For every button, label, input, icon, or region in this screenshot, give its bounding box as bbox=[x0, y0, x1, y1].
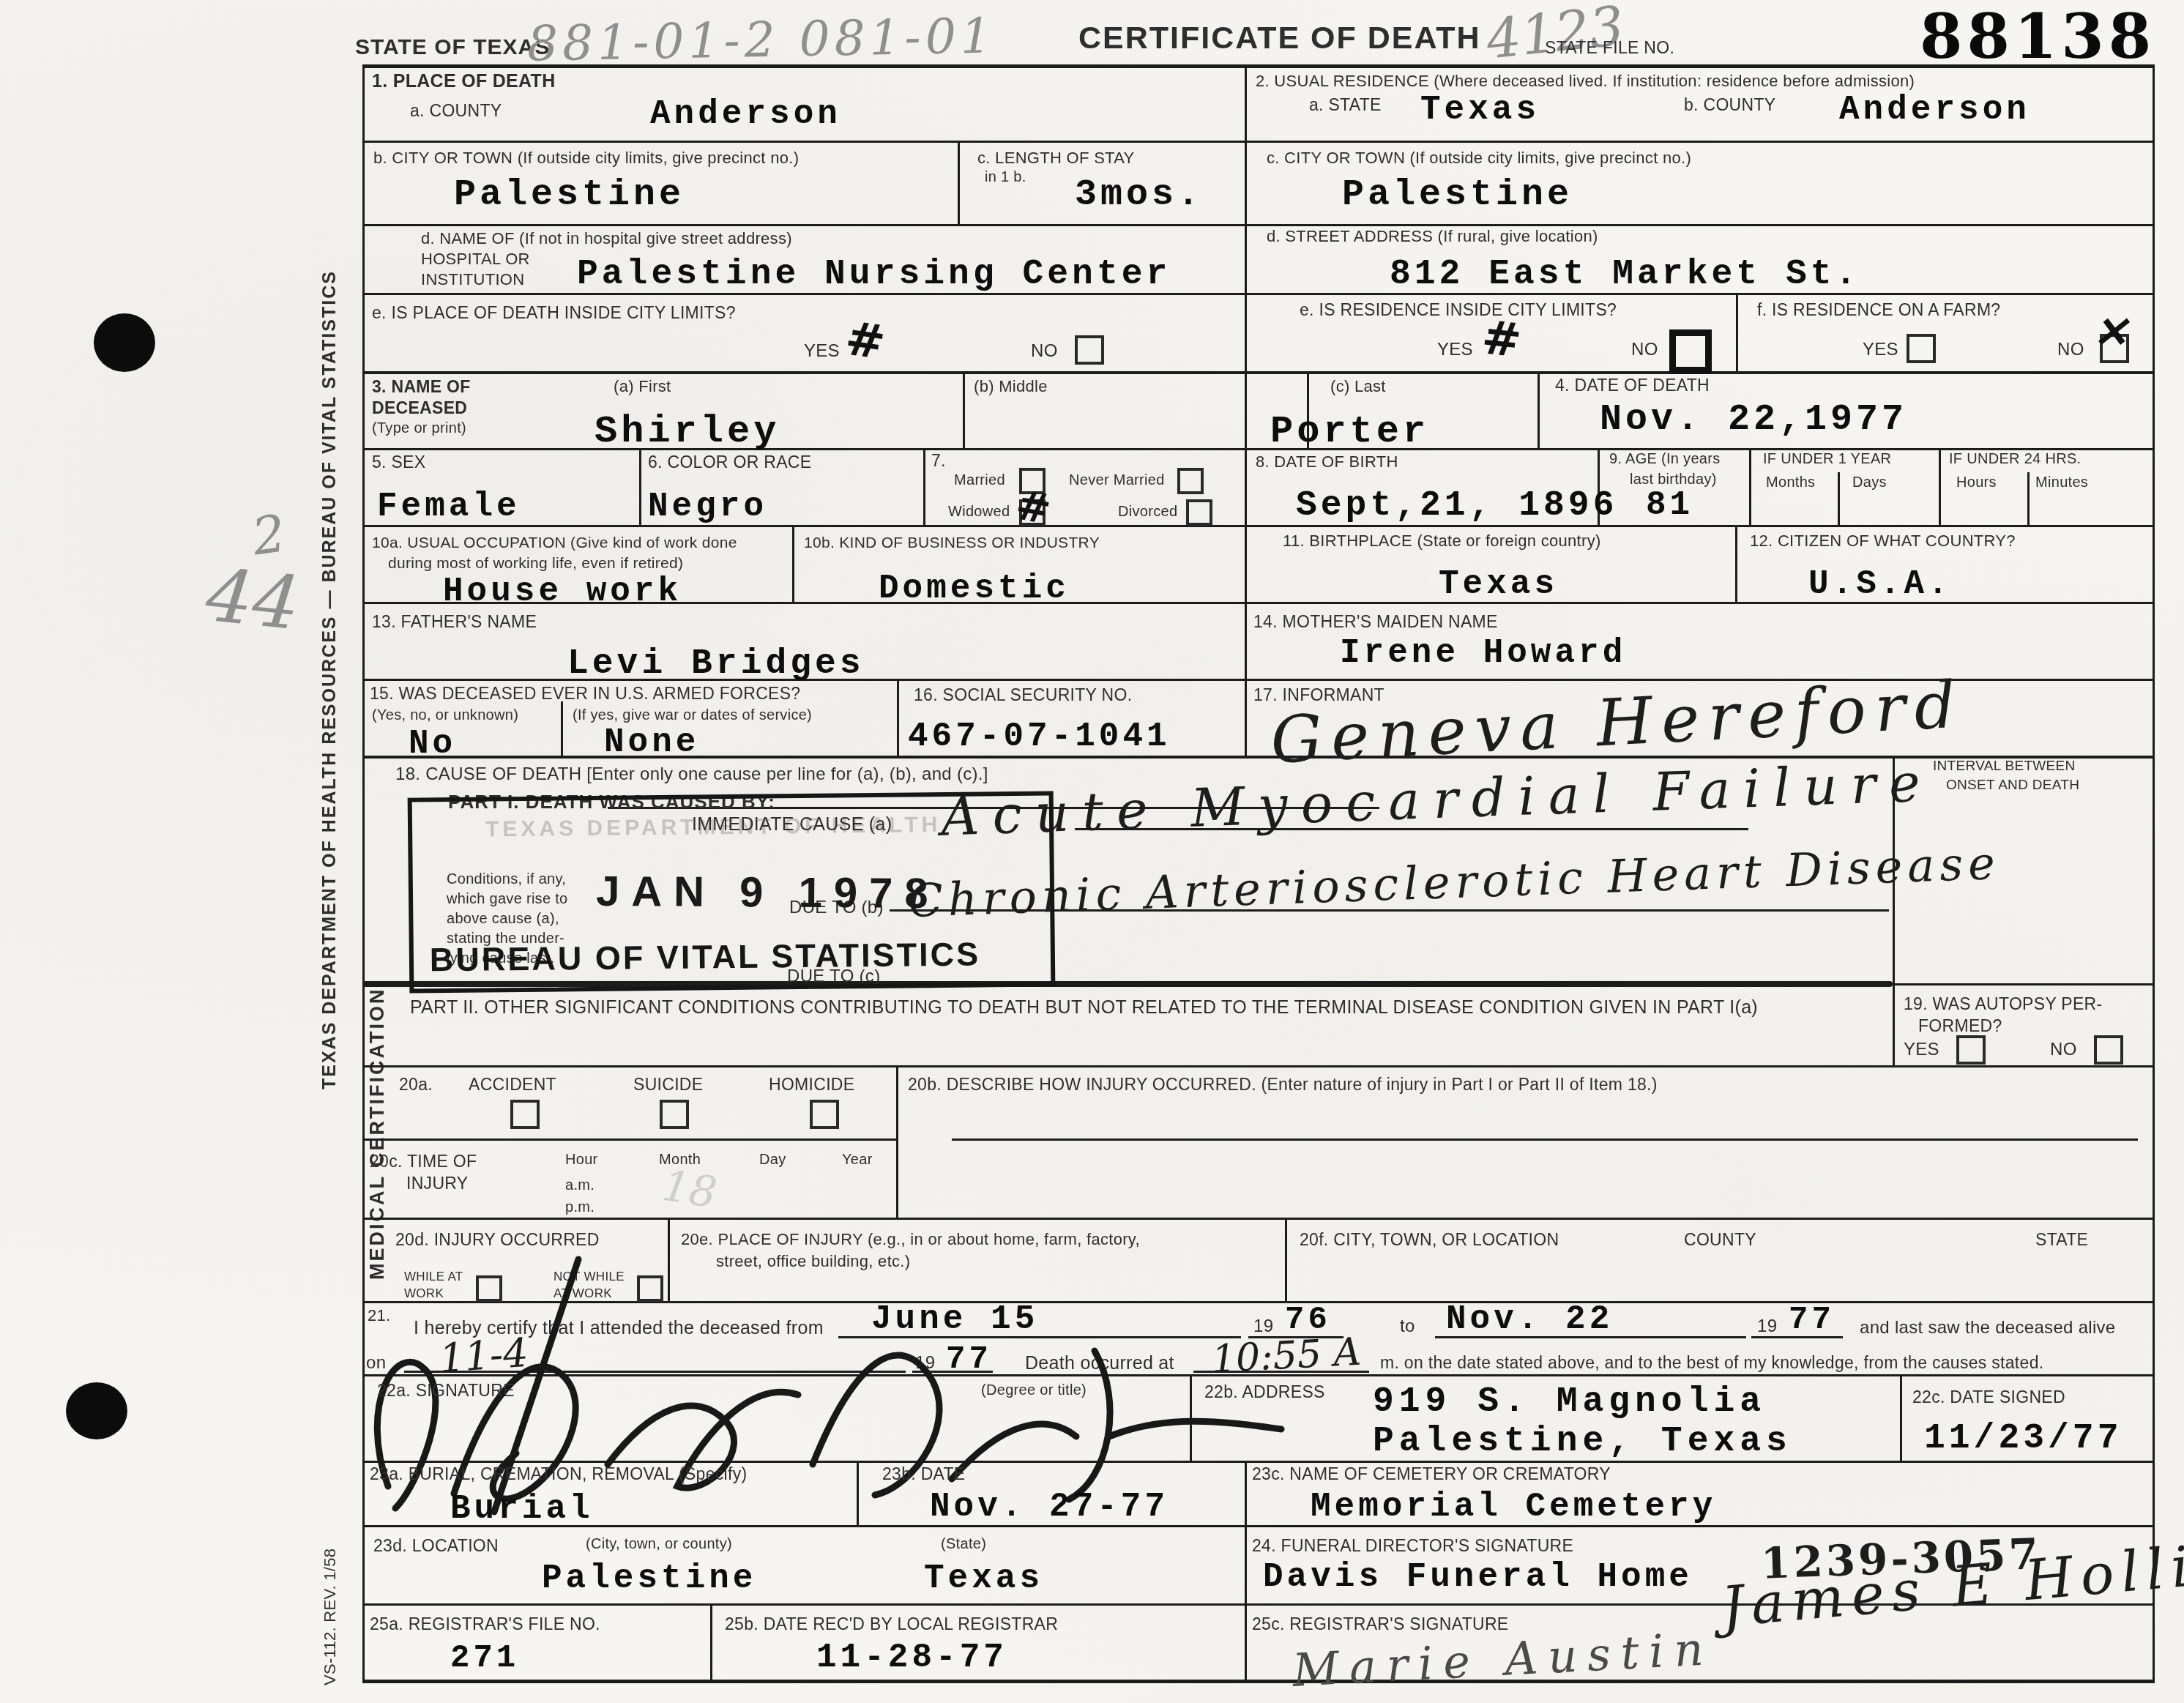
divider-line bbox=[792, 525, 794, 602]
year-19-prefix-b: 19 bbox=[1757, 1316, 1777, 1337]
time-of-injury-label-1: 20c. TIME OF bbox=[370, 1152, 477, 1171]
farm-no-mark: ✕ bbox=[2092, 308, 2128, 357]
city-of-death-label: b. CITY OR TOWN (If outside city limits,… bbox=[373, 149, 799, 168]
armed-forces-value: No bbox=[409, 725, 456, 763]
citizen-label: 12. CITIZEN OF WHAT COUNTRY? bbox=[1750, 532, 2016, 551]
armed-forces-service-value: None bbox=[604, 723, 699, 761]
hours-label: Hours bbox=[1956, 474, 1997, 491]
divider-line bbox=[362, 1680, 2155, 1683]
interval-label-1: INTERVAL BETWEEN bbox=[1933, 759, 2075, 775]
name-of-deceased-label-1: 3. NAME OF bbox=[372, 377, 471, 397]
divider-line bbox=[362, 64, 2155, 68]
race-value: Negro bbox=[648, 488, 767, 526]
street-address-value: 812 East Market St. bbox=[1390, 255, 1860, 294]
homicide-label: HOMICIDE bbox=[769, 1075, 854, 1095]
death-limits-yes-mark: # bbox=[842, 311, 889, 371]
burial-date-value: Nov. 27-77 bbox=[930, 1488, 1169, 1526]
days-label: Days bbox=[1852, 474, 1887, 491]
penciled-file-numbers: 881-01-2 081-01 bbox=[526, 7, 996, 72]
date-of-birth-label: 8. DATE OF BIRTH bbox=[1256, 452, 1398, 472]
last-name-value: Porter bbox=[1270, 410, 1429, 453]
divider-line bbox=[1736, 293, 1738, 371]
divider-line bbox=[362, 525, 2155, 527]
stamp-faint-line: TEXAS DEPARTMENT OF HEALTH bbox=[485, 813, 942, 843]
pm-label: p.m. bbox=[565, 1199, 595, 1216]
autopsy-no-label: NO bbox=[2050, 1040, 2077, 1060]
date-of-death-label: 4. DATE OF DEATH bbox=[1555, 376, 1710, 395]
residence-limits-yes-mark: # bbox=[1479, 310, 1524, 368]
homicide-checkbox bbox=[810, 1100, 839, 1129]
place-of-death-title: 1. PLACE OF DEATH bbox=[372, 71, 556, 92]
cause-b-handwriting: Chronic Arteriosclerotic Heart Disease bbox=[907, 836, 2001, 928]
punch-hole-top bbox=[94, 313, 155, 372]
cemetery-value: Memorial Cemetery bbox=[1311, 1488, 1716, 1526]
certificate-title: CERTIFICATE OF DEATH bbox=[1078, 21, 1481, 56]
divider-line bbox=[897, 681, 899, 756]
margin-form-number: VS-112. REV. 1/58 bbox=[321, 1549, 340, 1685]
registrar-file-no-label: 25a. REGISTRAR'S FILE NO. bbox=[370, 1614, 600, 1634]
registrar-signature-label: 25c. REGISTRAR'S SIGNATURE bbox=[1252, 1614, 1508, 1634]
divider-line bbox=[362, 371, 2155, 374]
widowed-label: Widowed bbox=[948, 504, 1010, 521]
attended-to-value: Nov. 22 bbox=[1446, 1300, 1613, 1338]
accident-checkbox bbox=[510, 1100, 540, 1129]
armed-forces-sublabel-2: (If yes, give war or dates of service) bbox=[573, 707, 812, 724]
form-right-border bbox=[2153, 64, 2155, 1683]
farm-yes-checkbox bbox=[1907, 334, 1936, 363]
farm-no-label: NO bbox=[2057, 340, 2084, 360]
interval-label-2: ONSET AND DEATH bbox=[1946, 778, 2079, 794]
address-label: 22b. ADDRESS bbox=[1204, 1382, 1325, 1402]
suicide-label: SUICIDE bbox=[633, 1075, 703, 1095]
divorced-label: Divorced bbox=[1118, 504, 1177, 521]
state-file-no-label: STATE FILE NO. bbox=[1545, 38, 1674, 58]
attended-to-year: 77 bbox=[1789, 1302, 1835, 1338]
father-name-label: 13. FATHER'S NAME bbox=[372, 612, 537, 632]
length-of-stay-value: 3mos. bbox=[1075, 174, 1203, 216]
if-under-1-year-label: IF UNDER 1 YEAR bbox=[1763, 451, 1891, 468]
institution-label-1: d. NAME OF (If not in hospital give stre… bbox=[421, 229, 792, 248]
death-certificate-scan: TEXAS DEPARTMENT OF HEALTH RESOURCES — B… bbox=[0, 0, 2184, 1703]
autopsy-yes-checkbox bbox=[1956, 1035, 1986, 1065]
date-signed-value: 11/23/77 bbox=[1924, 1419, 2122, 1458]
date-of-death-value: Nov. 22,1977 bbox=[1600, 399, 1907, 441]
age-label-1: 9. AGE (In years bbox=[1609, 451, 1721, 468]
am-label: a.m. bbox=[565, 1177, 595, 1194]
divider-line bbox=[362, 141, 2155, 143]
months-label: Months bbox=[1766, 474, 1815, 491]
burial-value: Burial bbox=[450, 1490, 594, 1528]
if-under-24-hrs-label: IF UNDER 24 HRS. bbox=[1949, 451, 2081, 468]
residence-county-value: Anderson bbox=[1839, 91, 2030, 129]
residence-city-label: c. CITY OR TOWN (If outside city limits,… bbox=[1267, 149, 1691, 168]
certify-tail-1: and last saw the deceased alive bbox=[1860, 1318, 2116, 1338]
suicide-checkbox bbox=[660, 1100, 689, 1129]
ssn-label: 16. SOCIAL SECURITY NO. bbox=[914, 685, 1132, 705]
year-label: Year bbox=[842, 1152, 873, 1169]
date-of-birth-value: Sept,21, 1896 bbox=[1296, 486, 1617, 526]
death-limits-no-label: NO bbox=[1031, 341, 1058, 362]
industry-value: Domestic bbox=[879, 570, 1070, 608]
margin-pencil-note-44: 44 bbox=[202, 552, 304, 647]
sex-value: Female bbox=[377, 488, 521, 526]
length-of-stay-sublabel: in 1 b. bbox=[985, 169, 1026, 186]
hour-label: Hour bbox=[565, 1152, 598, 1169]
middle-name-label: (b) Middle bbox=[974, 377, 1048, 396]
never-married-label: Never Married bbox=[1069, 472, 1165, 489]
state-file-number: 88138 bbox=[1920, 0, 2155, 72]
divider-line bbox=[923, 448, 925, 525]
divider-line bbox=[1735, 525, 1737, 602]
street-address-label: d. STREET ADDRESS (If rural, give locati… bbox=[1267, 227, 1598, 246]
burial-location-label: 23d. LOCATION bbox=[373, 1536, 499, 1556]
autopsy-no-checkbox bbox=[2094, 1035, 2123, 1065]
divider-line bbox=[362, 1139, 896, 1141]
divider-line bbox=[1893, 983, 2155, 985]
residence-county-label: b. COUNTY bbox=[1684, 95, 1775, 115]
occupation-label-2: during most of working life, even if ret… bbox=[388, 555, 683, 573]
punch-hole-bottom bbox=[66, 1382, 127, 1439]
farm-yes-label: YES bbox=[1863, 340, 1898, 360]
divider-line bbox=[362, 224, 2155, 226]
minutes-label: Minutes bbox=[2035, 474, 2088, 491]
county-of-death-label: a. COUNTY bbox=[410, 101, 502, 121]
residence-farm-label: f. IS RESIDENCE ON A FARM? bbox=[1757, 300, 2000, 320]
signature-label: 22a. SIGNATURE bbox=[377, 1381, 515, 1401]
penciled-cert-number: 4123 bbox=[1483, 0, 1627, 72]
death-city-limits-label: e. IS PLACE OF DEATH INSIDE CITY LIMITS? bbox=[372, 303, 736, 323]
residence-city-limits-label: e. IS RESIDENCE INSIDE CITY LIMITS? bbox=[1300, 300, 1617, 320]
burial-date-label: 23b. DATE bbox=[882, 1464, 966, 1484]
industry-label: 10b. KIND OF BUSINESS OR INDUSTRY bbox=[804, 534, 1100, 552]
cemetery-label: 23c. NAME OF CEMETERY OR CREMATORY bbox=[1252, 1464, 1611, 1484]
married-label: Married bbox=[954, 472, 1005, 489]
burial-cremation-label: 23a. BURIAL, CREMATION, REMOVAL (Specify… bbox=[370, 1464, 747, 1484]
describe-injury-label: 20b. DESCRIBE HOW INJURY OCCURRED. (Ente… bbox=[908, 1075, 1658, 1095]
father-name-value: Levi Bridges bbox=[567, 644, 865, 684]
divider-line bbox=[1749, 448, 1751, 525]
armed-forces-label: 15. WAS DECEASED EVER IN U.S. ARMED FORC… bbox=[370, 684, 800, 704]
divider-line bbox=[362, 1065, 2155, 1067]
occupation-label-1: 10a. USUAL OCCUPATION (Give kind of work… bbox=[372, 534, 737, 552]
first-name-label: (a) First bbox=[614, 377, 671, 396]
funeral-home-value: Davis Funeral Home bbox=[1263, 1558, 1693, 1596]
length-of-stay-label: c. LENGTH OF STAY bbox=[977, 149, 1135, 168]
marital-status-label: 7. bbox=[931, 451, 946, 471]
mother-name-value: Irene Howard bbox=[1340, 634, 1626, 672]
day-label: Day bbox=[759, 1152, 786, 1169]
certify-tail-2: m. on the date stated above, and to the … bbox=[1380, 1353, 2043, 1373]
divider-line bbox=[1900, 1374, 1902, 1461]
burial-location-city-sublabel: (City, town, or county) bbox=[586, 1536, 732, 1553]
divider-line bbox=[896, 1065, 898, 1218]
armed-forces-sublabel-1: (Yes, no, or unknown) bbox=[372, 707, 518, 724]
address-value-line1: 919 S. Magnolia bbox=[1373, 1382, 1766, 1422]
death-limits-no-checkbox bbox=[1075, 335, 1104, 365]
residence-limits-no-label: NO bbox=[1631, 340, 1658, 360]
bureau-date-stamp: TEXAS DEPARTMENT OF HEALTH JAN 9 1978 BU… bbox=[408, 791, 1056, 993]
accident-label: ACCIDENT bbox=[469, 1075, 556, 1095]
margin-medical-certification-text: MEDICAL CERTIFICATION bbox=[366, 988, 389, 1281]
usual-residence-title: 2. USUAL RESIDENCE (Where deceased lived… bbox=[1256, 72, 1915, 91]
state-of-texas-label: STATE OF TEXAS bbox=[355, 35, 550, 60]
divider-line bbox=[1245, 64, 1247, 756]
divider-line bbox=[1838, 472, 1840, 525]
county-of-death-value: Anderson bbox=[650, 95, 841, 133]
residence-limits-yes-label: YES bbox=[1437, 340, 1473, 360]
date-signed-label: 22c. DATE SIGNED bbox=[1912, 1387, 2065, 1407]
registrar-file-no-value: 271 bbox=[450, 1640, 519, 1677]
burial-location-state-sublabel: (State) bbox=[941, 1536, 986, 1553]
to-word: to bbox=[1400, 1316, 1415, 1337]
race-label: 6. COLOR OR RACE bbox=[648, 452, 811, 472]
part2-label: PART II. OTHER SIGNIFICANT CONDITIONS CO… bbox=[410, 997, 1758, 1018]
divider-line bbox=[362, 1218, 2155, 1220]
institution-label-3: INSTITUTION bbox=[421, 270, 524, 289]
stamp-date: JAN 9 1978 bbox=[596, 867, 940, 918]
cause-of-death-label: 18. CAUSE OF DEATH [Enter only one cause… bbox=[395, 764, 988, 785]
name-of-deceased-label-2: DECEASED bbox=[372, 398, 467, 418]
autopsy-label-1: 19. WAS AUTOPSY PER- bbox=[1904, 994, 2102, 1014]
injury-state-label: STATE bbox=[2035, 1230, 2088, 1250]
birthplace-label: 11. BIRTHPLACE (State or foreign country… bbox=[1283, 532, 1601, 551]
burial-city-value: Palestine bbox=[542, 1559, 756, 1598]
date-received-label: 25b. DATE REC'D BY LOCAL REGISTRAR bbox=[725, 1614, 1058, 1634]
margin-department-text: TEXAS DEPARTMENT OF HEALTH RESOURCES — B… bbox=[319, 270, 340, 1089]
occupation-value: House work bbox=[443, 573, 682, 611]
divider-line bbox=[2027, 472, 2030, 525]
residence-city-value: Palestine bbox=[1342, 174, 1573, 216]
time-of-injury-label-2: INJURY bbox=[406, 1174, 468, 1193]
injury-city-label: 20f. CITY, TOWN, OR LOCATION bbox=[1300, 1230, 1559, 1250]
last-name-label: (c) Last bbox=[1330, 377, 1386, 396]
city-of-death-value: Palestine bbox=[454, 174, 685, 216]
first-name-value: Shirley bbox=[595, 410, 780, 453]
address-value-line2: Palestine, Texas bbox=[1373, 1422, 1792, 1461]
stamp-bureau-line: BUREAU OF VITAL STATISTICS bbox=[430, 935, 981, 979]
institution-label-2: HOSPITAL OR bbox=[421, 250, 530, 269]
divider-line bbox=[1939, 448, 1941, 525]
blank-line bbox=[952, 1139, 2138, 1141]
autopsy-label-2: FORMED? bbox=[1918, 1016, 2002, 1036]
autopsy-yes-label: YES bbox=[1904, 1040, 1939, 1060]
never-married-checkbox bbox=[1177, 468, 1204, 494]
age-value: 81 bbox=[1646, 486, 1693, 524]
accident-section-label: 20a. bbox=[399, 1075, 433, 1095]
residence-limits-no-mark bbox=[1669, 329, 1712, 373]
divorced-checkbox bbox=[1186, 499, 1212, 526]
ssn-value: 467-07-1041 bbox=[908, 718, 1171, 756]
mother-name-label: 14. MOTHER'S MAIDEN NAME bbox=[1253, 612, 1498, 632]
name-of-deceased-label-3: (Type or print) bbox=[372, 420, 466, 437]
date-received-value: 11-28-77 bbox=[816, 1639, 1007, 1677]
funeral-director-label: 24. FUNERAL DIRECTOR'S SIGNATURE bbox=[1252, 1536, 1573, 1556]
divider-line bbox=[963, 371, 965, 448]
sex-label: 5. SEX bbox=[372, 452, 425, 472]
birthplace-value: Texas bbox=[1439, 565, 1558, 603]
death-limits-yes-label: YES bbox=[804, 341, 840, 362]
divider-line bbox=[710, 1603, 712, 1680]
degree-or-title-label: (Degree or title) bbox=[981, 1382, 1087, 1399]
divider-line bbox=[958, 141, 960, 224]
citizen-value: U.S.A. bbox=[1808, 565, 1952, 603]
faint-pencil-mark: 18 bbox=[659, 1160, 720, 1218]
residence-state-label: a. STATE bbox=[1309, 95, 1382, 115]
divider-line bbox=[561, 701, 563, 756]
institution-value: Palestine Nursing Center bbox=[577, 255, 1171, 294]
burial-state-value: Texas bbox=[924, 1559, 1043, 1598]
injury-county-label: COUNTY bbox=[1684, 1230, 1756, 1250]
residence-state-value: Texas bbox=[1420, 91, 1540, 129]
divider-line bbox=[1538, 371, 1540, 448]
divider-line bbox=[639, 448, 641, 525]
